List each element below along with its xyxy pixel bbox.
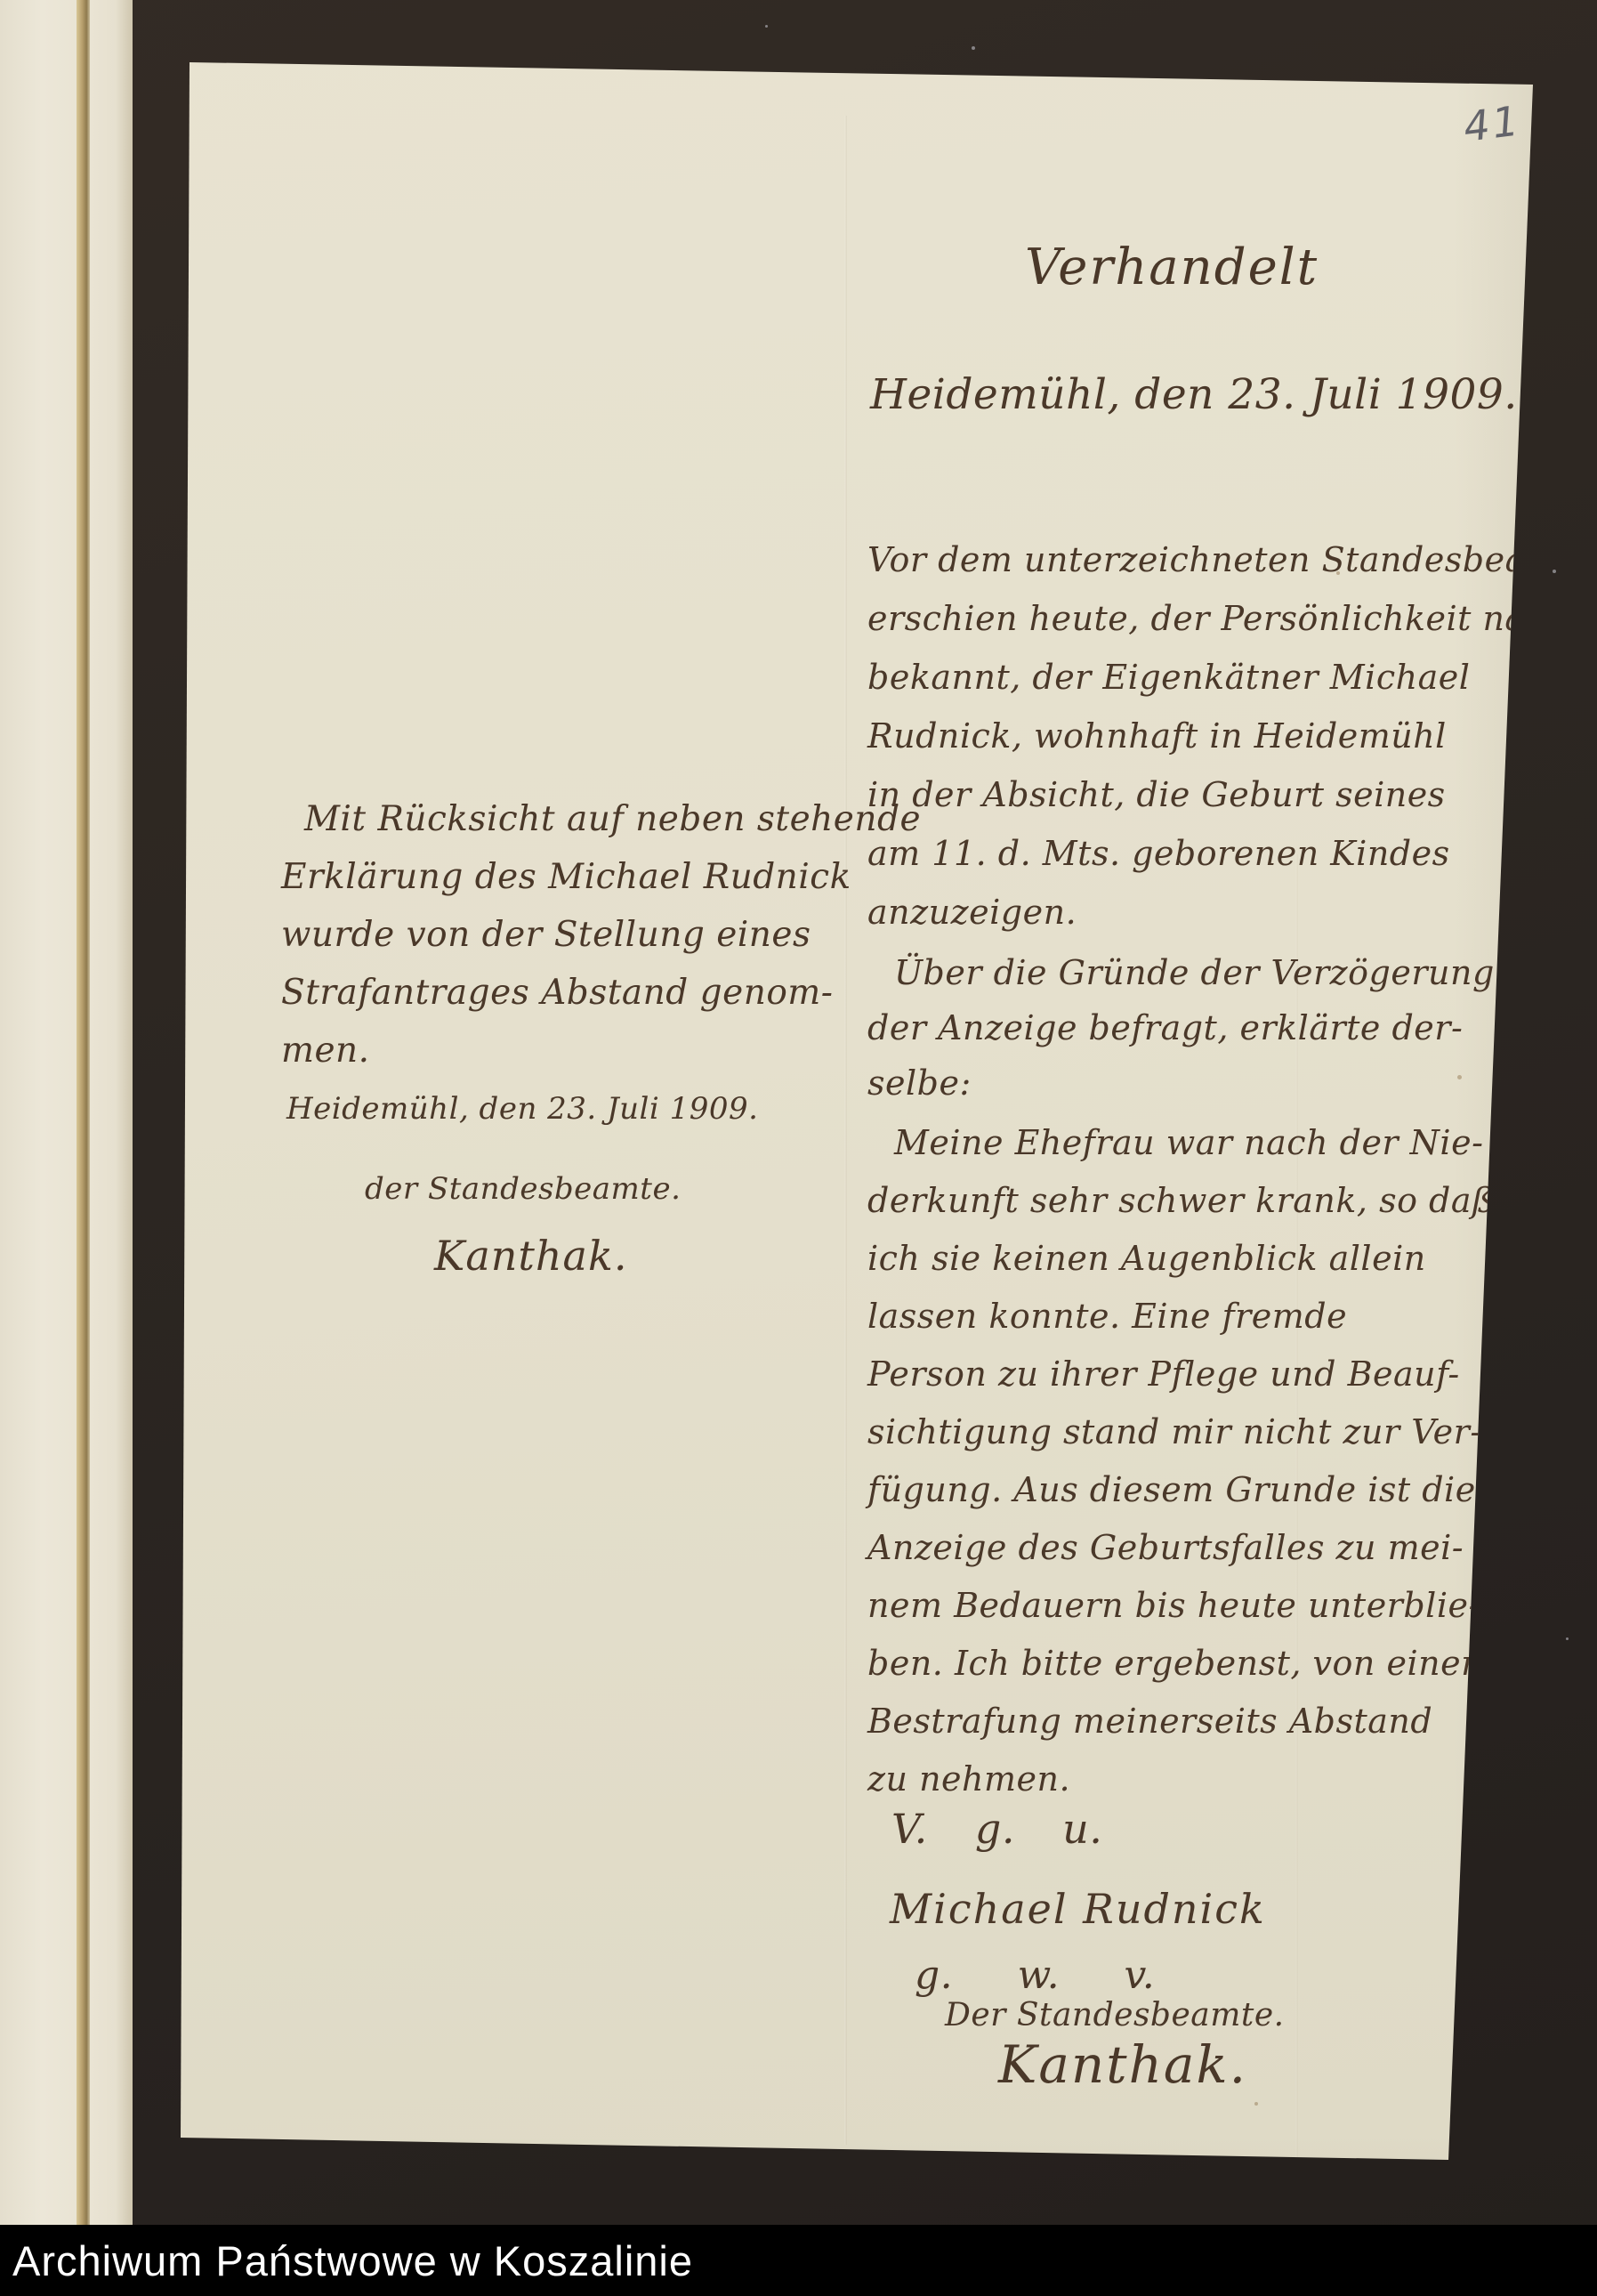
handwriting-line: Rudnick, wohnhaft in Heidemühl bbox=[867, 707, 1533, 765]
handwriting-line: Person zu ihrer Pflege und Beauf- bbox=[867, 1346, 1533, 1403]
dust-speck bbox=[1566, 1637, 1569, 1640]
handwriting-line: derkunft sehr schwer krank, so daß bbox=[867, 1172, 1533, 1230]
margin-note-signature: Kanthak. bbox=[434, 1232, 627, 1280]
archival-scan-photo: 41 Verhandelt Heidemühl, den 23. Juli 19… bbox=[0, 0, 1597, 2296]
handwriting-line: der Anzeige befragt, erklärte der- bbox=[867, 1000, 1533, 1055]
handwriting-line: am 11. d. Mts. geborenen Kindes bbox=[867, 824, 1533, 883]
vertical-fold-crease bbox=[844, 116, 847, 2145]
handwriting-line: anzuzeigen. bbox=[867, 883, 1533, 942]
document-heading: Verhandelt bbox=[1025, 238, 1319, 296]
handwriting-line: men. bbox=[281, 1022, 858, 1079]
body-paragraph-2: Über die Gründe der Verzögerungder Anzei… bbox=[867, 945, 1533, 1111]
margin-note-dateline: Heidemühl, den 23. Juli 1909. bbox=[286, 1091, 758, 1127]
handwriting-line: Über die Gründe der Verzögerung bbox=[867, 945, 1533, 1000]
handwriting-line: wurde von der Stellung eines bbox=[281, 906, 858, 964]
handwriting-line: selbe: bbox=[867, 1055, 1533, 1111]
pencil-page-number: 41 bbox=[1461, 96, 1524, 150]
body-paragraph-1: Vor dem unterzeichneten Standesbeamtener… bbox=[867, 530, 1533, 942]
handwriting-line: Mit Rücksicht auf neben stehende bbox=[281, 790, 858, 848]
underlying-album-page bbox=[0, 0, 77, 2227]
handwriting-line: zu nehmen. bbox=[867, 1750, 1533, 1808]
handwriting-line: nem Bedauern bis heute unterblie- bbox=[867, 1577, 1533, 1635]
paper-speck bbox=[1254, 2102, 1258, 2106]
official-signature: Kanthak. bbox=[998, 2034, 1247, 2095]
handwriting-line: Strafantrages Abstand genom- bbox=[281, 964, 858, 1022]
handwriting-line: lassen konnte. Eine fremde bbox=[867, 1288, 1533, 1346]
archive-watermark-bar: Archiwum Państwowe w Koszalinie bbox=[0, 2225, 1597, 2296]
album-page-edge-line bbox=[77, 0, 90, 2227]
official-title: Der Standesbeamte. bbox=[945, 1997, 1285, 2033]
body-paragraph-3: Meine Ehefrau war nach der Nie-derkunft … bbox=[867, 1114, 1533, 1808]
closing-formula: V. g. u. bbox=[891, 1805, 1102, 1853]
dust-speck bbox=[765, 25, 768, 28]
handwriting-line: in der Absicht, die Geburt seines bbox=[867, 765, 1533, 824]
archive-watermark-label: Archiwum Państwowe w Koszalinie bbox=[0, 2236, 693, 2285]
album-page-inner-strip bbox=[90, 0, 133, 2227]
handwriting-line: Bestrafung meinerseits Abstand bbox=[867, 1693, 1533, 1750]
handwriting-line: Meine Ehefrau war nach der Nie- bbox=[867, 1114, 1533, 1172]
handwriting-line: bekannt, der Eigenkätner Michael bbox=[867, 648, 1533, 707]
handwriting-line: erschien heute, der Persönlichkeit nach bbox=[867, 589, 1533, 648]
document-dateline: Heidemühl, den 23. Juli 1909. bbox=[870, 370, 1518, 419]
margin-note-official-title: der Standesbeamte. bbox=[365, 1171, 681, 1207]
party-signature: Michael Rudnick bbox=[890, 1885, 1266, 1933]
dust-speck bbox=[972, 46, 975, 50]
handwriting-line: ich sie keinen Augenblick allein bbox=[867, 1230, 1533, 1288]
margin-note: Mit Rücksicht auf neben stehendeErklärun… bbox=[281, 790, 858, 1079]
handwriting-line: ben. Ich bitte ergebenst, von einer bbox=[867, 1635, 1533, 1693]
document-paper: 41 Verhandelt Heidemühl, den 23. Juli 19… bbox=[0, 0, 1597, 2296]
abbreviation-formula: g. w. v. bbox=[915, 1952, 1155, 1998]
handwriting-line: sichtigung stand mir nicht zur Ver- bbox=[867, 1403, 1533, 1461]
handwriting-line: Anzeige des Geburtsfalles zu mei- bbox=[867, 1519, 1533, 1577]
handwriting-line: Vor dem unterzeichneten Standesbeamten bbox=[867, 530, 1533, 589]
handwriting-line: Erklärung des Michael Rudnick bbox=[281, 848, 858, 906]
handwriting-line: fügung. Aus diesem Grunde ist die bbox=[867, 1461, 1533, 1519]
dust-speck bbox=[1553, 570, 1556, 573]
